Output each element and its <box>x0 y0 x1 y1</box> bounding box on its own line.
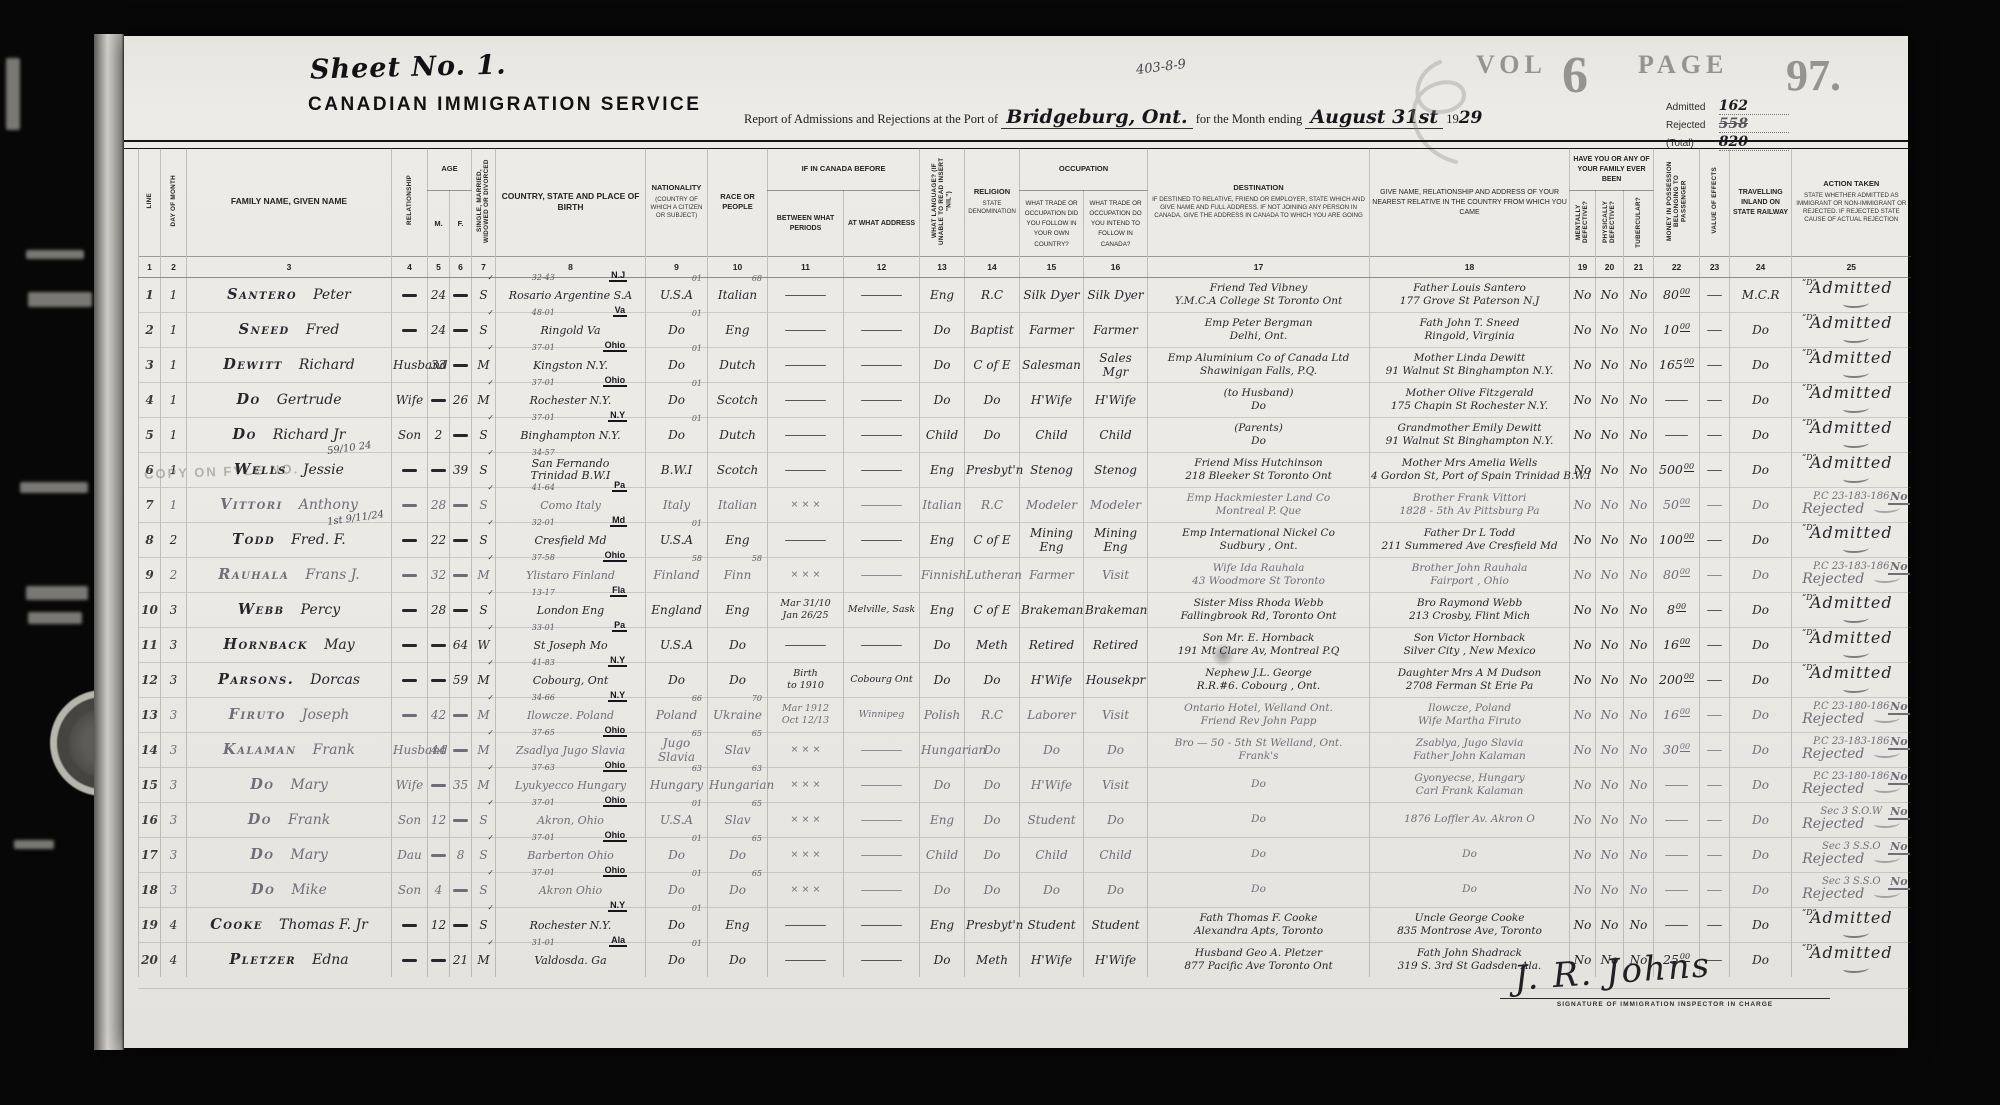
nearest-relative: Zsablya, Jugo SlaviaFather John Kalaman <box>1370 732 1570 767</box>
mentally-defective: No <box>1570 697 1596 732</box>
physically-defective: No <box>1596 347 1624 382</box>
occupation-canada: Retired <box>1084 627 1148 662</box>
occupation-home: Modeler <box>1020 487 1084 522</box>
day-of-month: 3 <box>161 802 187 837</box>
language: Eng <box>920 522 965 557</box>
age-male: 22 <box>428 522 450 557</box>
occupation-home: Retired <box>1020 627 1084 662</box>
language: Eng <box>920 277 965 312</box>
inland-carrier: Do <box>1730 312 1792 347</box>
value-of-effects <box>1700 732 1730 767</box>
relationship: Son <box>392 802 428 837</box>
tubercular: No <box>1624 557 1654 592</box>
column-number: 16 <box>1084 256 1148 277</box>
passenger-row: 92RauhalaFrans J.32✓M37-58OhioYlistaro F… <box>139 557 1911 592</box>
money <box>1654 382 1700 417</box>
value-of-effects <box>1700 872 1730 907</box>
canada-before-address <box>844 872 920 907</box>
religion: Meth <box>965 627 1020 662</box>
line-number: 7 <box>139 487 161 522</box>
nationality: 01Do <box>646 417 708 452</box>
line-number: 13 <box>139 697 161 732</box>
inland-carrier: Do <box>1730 907 1792 942</box>
value-of-effects <box>1700 522 1730 557</box>
tubercular: No <box>1624 522 1654 557</box>
name-cell: DoGertrude <box>187 382 392 417</box>
money: 3000 <box>1654 732 1700 767</box>
occupation-home: Child <box>1020 837 1084 872</box>
destination: Husband Geo A. Pletzer877 Pacific Ave To… <box>1148 942 1370 977</box>
name-cell: DoMike <box>187 872 392 907</box>
occupation-home: Student <box>1020 907 1084 942</box>
day-of-month: 1 <box>161 417 187 452</box>
nearest-relative: Brother John RauhalaFairport , Ohio <box>1370 557 1570 592</box>
money: 16500 <box>1654 347 1700 382</box>
age-female <box>450 522 472 557</box>
column-number: 23 <box>1700 256 1730 277</box>
inland-carrier: Do <box>1730 417 1792 452</box>
nearest-relative: Daughter Mrs A M Dudson2708 Ferman St Er… <box>1370 662 1570 697</box>
age-male <box>428 662 450 697</box>
mentally-defective: No <box>1570 732 1596 767</box>
value-of-effects <box>1700 802 1730 837</box>
race: Eng <box>708 592 768 627</box>
religion: Do <box>965 732 1020 767</box>
tubercular: No <box>1624 382 1654 417</box>
age-female: 64 <box>450 627 472 662</box>
inland-carrier: Do <box>1730 942 1792 977</box>
age-female <box>450 592 472 627</box>
religion: Do <box>965 872 1020 907</box>
language: Do <box>920 662 965 697</box>
line-number: 18 <box>139 872 161 907</box>
header-row-groups: LINE DAY OF MONTH FAMILY NAME, GIVEN NAM… <box>139 148 1911 191</box>
col-religion: RELIGIONSTATE DENOMINATION <box>965 148 1020 256</box>
passenger-row: 194CookeThomas F. Jr12✓SN.YRochester N.Y… <box>139 907 1911 942</box>
age-male: 4 <box>428 872 450 907</box>
passenger-row: 173DoMaryDau8✓S37-01OhioBarberton Ohio01… <box>139 837 1911 872</box>
language: Hungarian <box>920 732 965 767</box>
relationship: Dau <box>392 837 428 872</box>
name-cell: DewittRichard <box>187 347 392 382</box>
money <box>1654 802 1700 837</box>
column-number: 1 <box>139 256 161 277</box>
nationality: 65Jugo Slavia <box>646 732 708 767</box>
passenger-row: 21SneedFred24✓S48-01VaRingold Va01DoEngD… <box>139 312 1911 347</box>
language: Eng <box>920 592 965 627</box>
canada-before-periods: × × × <box>768 872 844 907</box>
nearest-relative: Bro Raymond Webb213 Crosby, Flint Mich <box>1370 592 1570 627</box>
money: 10000 <box>1654 522 1700 557</box>
scan-artifact <box>26 250 84 259</box>
action-taken: “D”Admitted <box>1792 452 1911 487</box>
nationality: U.S.A <box>646 627 708 662</box>
occupation-home: Laborer <box>1020 697 1084 732</box>
occupation-canada: Sales Mgr <box>1084 347 1148 382</box>
language: Child <box>920 417 965 452</box>
inland-carrier: Do <box>1730 452 1792 487</box>
mentally-defective: No <box>1570 277 1596 312</box>
month-label: for the Month ending <box>1196 112 1303 126</box>
canada-before-periods <box>768 522 844 557</box>
tubercular: No <box>1624 697 1654 732</box>
col-occupation-group: OCCUPATION <box>1020 148 1148 191</box>
value-of-effects <box>1700 312 1730 347</box>
religion: R.C <box>965 277 1020 312</box>
action-taken: NoP.C 23-180-186Rejected <box>1792 767 1911 802</box>
language: Do <box>920 872 965 907</box>
sheet-number: Sheet No. 1. <box>310 49 507 85</box>
age-male <box>428 452 450 487</box>
mentally-defective: No <box>1570 522 1596 557</box>
destination: Emp International Nickel CoSudbury , Ont… <box>1148 522 1370 557</box>
race: Scotch <box>708 452 768 487</box>
money: 1600 <box>1654 627 1700 662</box>
occupation-home: Student <box>1020 802 1084 837</box>
col-age-male: M. <box>428 191 450 257</box>
day-of-month: 3 <box>161 732 187 767</box>
race: 68Italian <box>708 277 768 312</box>
age-female: 35 <box>450 767 472 802</box>
relationship <box>392 662 428 697</box>
occupation-home: Child <box>1020 417 1084 452</box>
adjacent-page-edge <box>94 34 124 1050</box>
canada-before-periods <box>768 312 844 347</box>
marital-status: ✓M <box>472 942 496 977</box>
nationality: 01Do <box>646 907 708 942</box>
canada-before-address <box>844 382 920 417</box>
passenger-row: 11SanteroPeter24✓S32-43N.JRosario Argent… <box>139 277 1911 312</box>
canada-before-address <box>844 487 920 522</box>
tubercular: No <box>1624 592 1654 627</box>
passenger-row: 123Parsons.Dorcas59✓M41-83N.YCobourg, On… <box>139 662 1911 697</box>
occupation-home: H'Wife <box>1020 767 1084 802</box>
relationship <box>392 557 428 592</box>
tubercular: No <box>1624 837 1654 872</box>
occupation-canada: Brakeman <box>1084 592 1148 627</box>
relationship <box>392 697 428 732</box>
religion: Do <box>965 837 1020 872</box>
tubercular: No <box>1624 907 1654 942</box>
age-female: 26 <box>450 382 472 417</box>
destination: Emp Aluminium Co of Canada LtdShawinigan… <box>1148 347 1370 382</box>
name-cell: SanteroPeter <box>187 277 392 312</box>
age-male <box>428 627 450 662</box>
col-family-history-group: HAVE YOU OR ANY OF YOUR FAMILY EVER BEEN <box>1570 148 1654 191</box>
race: 63Hungarian <box>708 767 768 802</box>
age-male: 28 <box>428 487 450 522</box>
nearest-relative: Mother Linda Dewitt91 Walnut St Binghamp… <box>1370 347 1570 382</box>
name-cell: RauhalaFrans J. <box>187 557 392 592</box>
age-male: 32 <box>428 557 450 592</box>
relationship <box>392 592 428 627</box>
canada-before-periods: × × × <box>768 557 844 592</box>
age-male: 33 <box>428 347 450 382</box>
birthplace: 31-01AlaValdosda. Ga <box>496 942 646 977</box>
money: 8000 <box>1654 277 1700 312</box>
age-male <box>428 942 450 977</box>
immigration-manifest-table: LINE DAY OF MONTH FAMILY NAME, GIVEN NAM… <box>138 148 1911 977</box>
race: Eng <box>708 312 768 347</box>
race: Do <box>708 627 768 662</box>
passenger-row: 113HornbackMay64✓W33-01PaSt Joseph MoU.S… <box>139 627 1911 662</box>
age-female <box>450 417 472 452</box>
nationality: 01Do <box>646 382 708 417</box>
canada-before-periods: × × × <box>768 837 844 872</box>
canada-before-periods <box>768 942 844 977</box>
nationality: B.W.I <box>646 452 708 487</box>
nearest-relative: Mother Olive Fitzgerald175 Chapin St Roc… <box>1370 382 1570 417</box>
page-stamp-label: PAGE <box>1638 50 1728 80</box>
line-number: 15 <box>139 767 161 802</box>
line-number: 6 <box>139 452 161 487</box>
nearest-relative: Gyonyecse, HungaryCarl Frank Kalaman <box>1370 767 1570 802</box>
canada-before-periods: Mar 1912Oct 12/13 <box>768 697 844 732</box>
inland-carrier: Do <box>1730 382 1792 417</box>
physically-defective: No <box>1596 592 1624 627</box>
canada-before-address <box>844 277 920 312</box>
day-of-month: 2 <box>161 557 187 592</box>
language: Do <box>920 942 965 977</box>
money: 1600 <box>1654 697 1700 732</box>
inland-carrier: Do <box>1730 872 1792 907</box>
column-number: 22 <box>1654 256 1700 277</box>
occupation-home: Do <box>1020 872 1084 907</box>
language: Eng <box>920 802 965 837</box>
line-number: 3 <box>139 347 161 382</box>
value-of-effects <box>1700 487 1730 522</box>
header-row-column-numbers: 1 2 3 4 5 6 7 8 9 10 11 12 13 14 15 16 1 <box>139 256 1911 277</box>
nationality: Do <box>646 662 708 697</box>
tubercular: No <box>1624 487 1654 522</box>
canada-before-address <box>844 347 920 382</box>
nationality: 01U.S.A <box>646 802 708 837</box>
page-stamp-value: 97. <box>1786 50 1841 101</box>
physically-defective: No <box>1596 802 1624 837</box>
col-at-what-address: AT WHAT ADDRESS <box>844 191 920 257</box>
physically-defective: No <box>1596 732 1624 767</box>
mentally-defective: No <box>1570 662 1596 697</box>
nearest-relative: Do <box>1370 872 1570 907</box>
nearest-relative: Brother Frank Vittori1828 - 5th Av Pitts… <box>1370 487 1570 522</box>
column-number: 5 <box>428 256 450 277</box>
physically-defective: No <box>1596 452 1624 487</box>
nearest-relative: Mother Mrs Amelia Wells4 Gordon St, Port… <box>1370 452 1570 487</box>
tubercular: No <box>1624 627 1654 662</box>
col-destination: DESTINATIONIF DESTINED TO RELATIVE, FRIE… <box>1148 148 1370 256</box>
value-of-effects <box>1700 907 1730 942</box>
race: Eng <box>708 522 768 557</box>
name-cell: FirutoJoseph <box>187 697 392 732</box>
religion: C of E <box>965 522 1020 557</box>
age-female <box>450 347 472 382</box>
col-travelling-inland: TRAVELLING INLAND ON STATE RAILWAY <box>1730 148 1792 256</box>
scan-artifact <box>28 612 82 624</box>
language: Do <box>920 627 965 662</box>
line-number: 11 <box>139 627 161 662</box>
money: 1000 <box>1654 312 1700 347</box>
religion: C of E <box>965 592 1020 627</box>
destination: Friend Ted VibneyY.M.C.A College St Toro… <box>1148 277 1370 312</box>
age-male: 12 <box>428 907 450 942</box>
passenger-row: 183DoMikeSon4✓S37-01OhioAkron Ohio01Do65… <box>139 872 1911 907</box>
column-number: 17 <box>1148 256 1370 277</box>
nearest-relative: Uncle George Cooke835 Montrose Ave, Toro… <box>1370 907 1570 942</box>
race: 58Finn <box>708 557 768 592</box>
nationality: 01Do <box>646 312 708 347</box>
action-taken: “D”Admitted <box>1792 347 1911 382</box>
line-number: 2 <box>139 312 161 347</box>
name-cell: CookeThomas F. Jr <box>187 907 392 942</box>
action-taken: “D”Admitted <box>1792 907 1911 942</box>
relationship: Husband <box>392 347 428 382</box>
physically-defective: No <box>1596 487 1624 522</box>
value-of-effects <box>1700 452 1730 487</box>
canada-before-address <box>844 627 920 662</box>
occupation-home: H'Wife <box>1020 382 1084 417</box>
column-number: 11 <box>768 256 844 277</box>
action-taken: NoP.C 23-183-186Rejected <box>1792 732 1911 767</box>
canada-before-periods: × × × <box>768 802 844 837</box>
nationality: 66Poland <box>646 697 708 732</box>
passenger-row: 31DewittRichardHusband33✓M37-01OhioKings… <box>139 347 1911 382</box>
nationality: 01Do <box>646 347 708 382</box>
destination: Fath Thomas F. CookeAlexandra Apts, Toro… <box>1148 907 1370 942</box>
tubercular: No <box>1624 347 1654 382</box>
destination: Bro — 50 - 5th St Welland, Ont.Frank's <box>1148 732 1370 767</box>
destination: Emp Hackmiester Land CoMontreal P. Que <box>1148 487 1370 522</box>
column-number: 20 <box>1596 256 1624 277</box>
canada-before-address <box>844 907 920 942</box>
tubercular: No <box>1624 452 1654 487</box>
col-occupation-home: WHAT TRADE OR OCCUPATION DID YOU FOLLOW … <box>1020 191 1084 257</box>
physically-defective: No <box>1596 627 1624 662</box>
age-male <box>428 382 450 417</box>
mentally-defective: No <box>1570 452 1596 487</box>
action-taken: “D”Admitted <box>1792 627 1911 662</box>
money <box>1654 872 1700 907</box>
language: Eng <box>920 907 965 942</box>
destination: Sister Miss Rhoda WebbFallingbrook Rd, T… <box>1148 592 1370 627</box>
passenger-row: 143KalamanFrankHusband44✓M37-65OhioZsadl… <box>139 732 1911 767</box>
inland-carrier: M.C.R <box>1730 277 1792 312</box>
inland-carrier: Do <box>1730 347 1792 382</box>
tubercular: No <box>1624 312 1654 347</box>
inland-carrier: Do <box>1730 592 1792 627</box>
occupation-canada: Child <box>1084 837 1148 872</box>
religion: R.C <box>965 697 1020 732</box>
canada-before-address: Melville, Sask <box>844 592 920 627</box>
column-number: 25 <box>1792 256 1911 277</box>
canada-before-address <box>844 802 920 837</box>
column-number: 2 <box>161 256 187 277</box>
table-header: LINE DAY OF MONTH FAMILY NAME, GIVEN NAM… <box>139 148 1911 277</box>
scan-artifact <box>6 58 20 130</box>
action-taken: “D”Admitted <box>1792 312 1911 347</box>
canada-before-address <box>844 452 920 487</box>
language: Do <box>920 312 965 347</box>
language: Eng <box>920 452 965 487</box>
destination: (to Husband)Do <box>1148 382 1370 417</box>
name-cell: SneedFred <box>187 312 392 347</box>
action-taken: “D”Admitted <box>1792 277 1911 312</box>
document-page: Sheet No. 1. CANADIAN IMMIGRATION SERVIC… <box>124 36 1908 1048</box>
canada-before-periods <box>768 417 844 452</box>
value-of-effects <box>1700 767 1730 802</box>
line-number: 9 <box>139 557 161 592</box>
scan-artifact <box>28 292 92 307</box>
value-of-effects <box>1700 557 1730 592</box>
canada-before-address <box>844 557 920 592</box>
tubercular: No <box>1624 277 1654 312</box>
language: Do <box>920 347 965 382</box>
inland-carrier: Do <box>1730 662 1792 697</box>
money <box>1654 417 1700 452</box>
age-male: 28 <box>428 592 450 627</box>
day-of-month: 3 <box>161 592 187 627</box>
canada-before-address <box>844 942 920 977</box>
language: Polish <box>920 697 965 732</box>
column-number: 4 <box>392 256 428 277</box>
relationship <box>392 522 428 557</box>
relationship <box>392 452 428 487</box>
name-cell: PletzerEdna <box>187 942 392 977</box>
column-number: 15 <box>1020 256 1084 277</box>
col-age-group: AGE <box>428 148 472 191</box>
nationality: 01U.S.A <box>646 522 708 557</box>
language: Italian <box>920 487 965 522</box>
relationship: Wife <box>392 767 428 802</box>
relationship <box>392 277 428 312</box>
race: 70Ukraine <box>708 697 768 732</box>
line-number: 10 <box>139 592 161 627</box>
action-taken: NoSec 3 S.S.ORejected <box>1792 837 1911 872</box>
money <box>1654 837 1700 872</box>
religion: Do <box>965 802 1020 837</box>
action-taken: “D”Admitted <box>1792 522 1911 557</box>
canada-before-periods <box>768 277 844 312</box>
column-number: 13 <box>920 256 965 277</box>
money: 50000 <box>1654 452 1700 487</box>
physically-defective: No <box>1596 522 1624 557</box>
occupation-canada: Farmer <box>1084 312 1148 347</box>
religion: R.C <box>965 487 1020 522</box>
mentally-defective: No <box>1570 312 1596 347</box>
relationship <box>392 487 428 522</box>
nationality: 01U.S.A <box>646 277 708 312</box>
relationship <box>392 907 428 942</box>
canada-before-address <box>844 767 920 802</box>
mentally-defective: No <box>1570 907 1596 942</box>
line-number: 14 <box>139 732 161 767</box>
name-cell: ToddFred. F.1st 9/11/24 <box>187 522 392 557</box>
passenger-row: 41DoGertrudeWife26✓M37-01OhioRochester N… <box>139 382 1911 417</box>
age-female <box>450 557 472 592</box>
value-of-effects <box>1700 382 1730 417</box>
line-number: 19 <box>139 907 161 942</box>
money: 5000 <box>1654 487 1700 522</box>
column-number: 12 <box>844 256 920 277</box>
col-physically-defective: PHYSICALLY DEFECTIVE? <box>1596 191 1624 257</box>
day-of-month: 3 <box>161 767 187 802</box>
col-value-of-effects: VALUE OF EFFECTS <box>1700 148 1730 256</box>
age-male: 12 <box>428 802 450 837</box>
occupation-canada: Visit <box>1084 557 1148 592</box>
occupation-canada: H'Wife <box>1084 382 1148 417</box>
tubercular: No <box>1624 732 1654 767</box>
column-number: 21 <box>1624 256 1654 277</box>
col-tubercular: TUBERCULAR? <box>1624 191 1654 257</box>
